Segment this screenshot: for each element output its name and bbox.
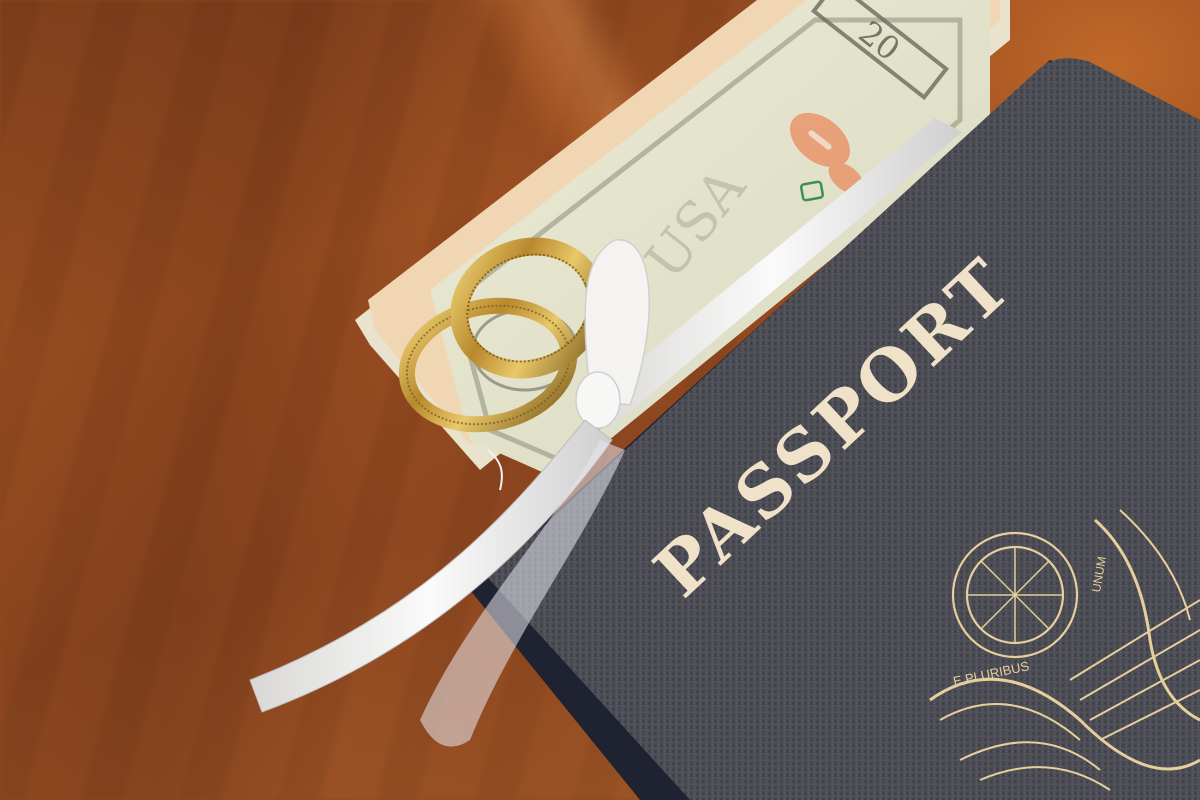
photo-scene: 20 USA xyxy=(0,0,1200,800)
photo-objects: 20 USA xyxy=(0,0,1200,800)
